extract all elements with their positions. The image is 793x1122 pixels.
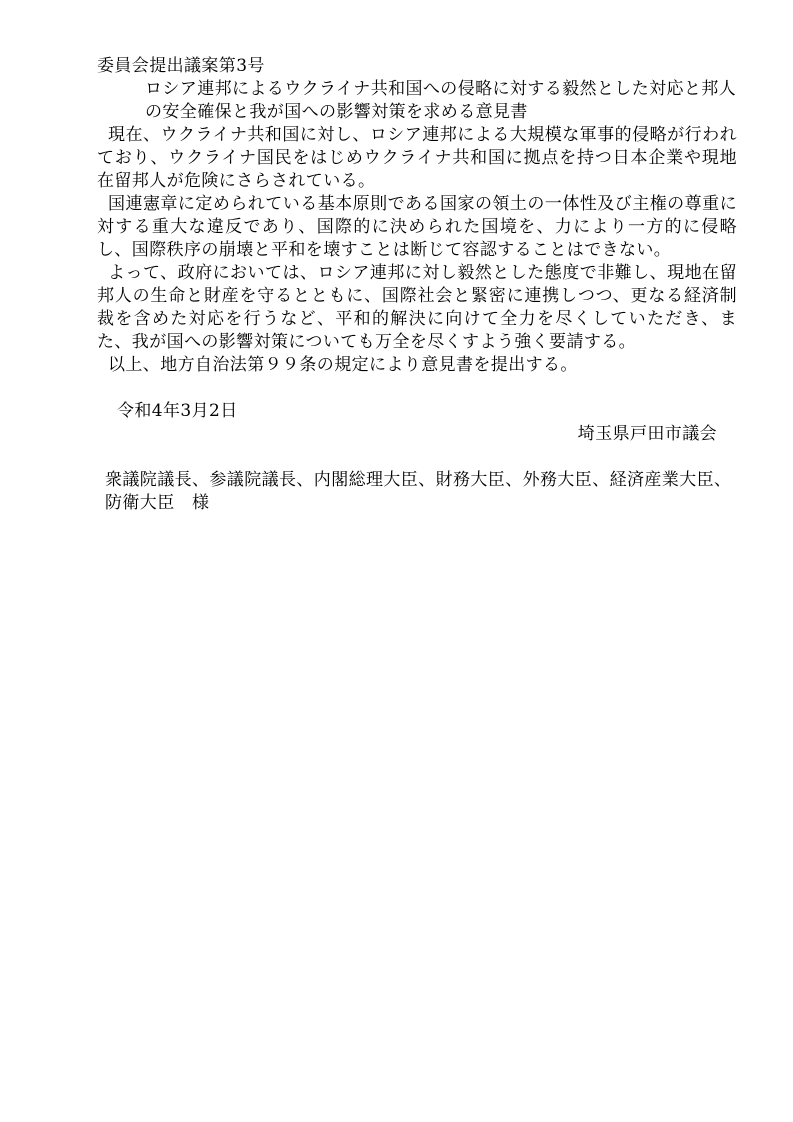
document-date: 令和4年3月2日 [117, 400, 737, 423]
opinion-title-line-1: ロシア連邦によるウクライナ共和国への侵略に対する毅然とした対応と邦人 [145, 78, 737, 101]
doc-number: 委員会提出議案第3号 [97, 55, 737, 78]
paragraph-request-to-government: よって、政府においては、ロシア連邦に対し毅然とした態度で非難し、現地在留邦人の生… [97, 262, 737, 354]
council-signature: 埼玉県戸田市議会 [97, 423, 737, 446]
addressee-list: 衆議院議長、参議院議長、内閣総理大臣、財務大臣、外務大臣、経済産業大臣、 防衛大… [105, 469, 735, 515]
document-page: 委員会提出議案第3号 ロシア連邦によるウクライナ共和国への侵略に対する毅然とした… [0, 0, 793, 1122]
paragraph-un-charter-violation: 国連憲章に定められている基本原則である国家の領土の一体性及び主権の尊重に対する重… [97, 193, 737, 262]
opinion-title: ロシア連邦によるウクライナ共和国への侵略に対する毅然とした対応と邦人 の安全確保… [145, 78, 737, 124]
addressee-line-1: 衆議院議長、参議院議長、内閣総理大臣、財務大臣、外務大臣、経済産業大臣、 [105, 469, 735, 492]
document-body: 現在、ウクライナ共和国に対し、ロシア連邦による大規模な軍事的侵略が行われており、… [97, 124, 737, 377]
addressee-line-2: 防衛大臣 様 [105, 492, 735, 515]
paragraph-current-situation: 現在、ウクライナ共和国に対し、ロシア連邦による大規模な軍事的侵略が行われており、… [97, 124, 737, 193]
paragraph-legal-basis: 以上、地方自治法第９９条の規定により意見書を提出する。 [97, 354, 737, 377]
opinion-title-line-2: の安全確保と我が国への影響対策を求める意見書 [145, 101, 737, 124]
